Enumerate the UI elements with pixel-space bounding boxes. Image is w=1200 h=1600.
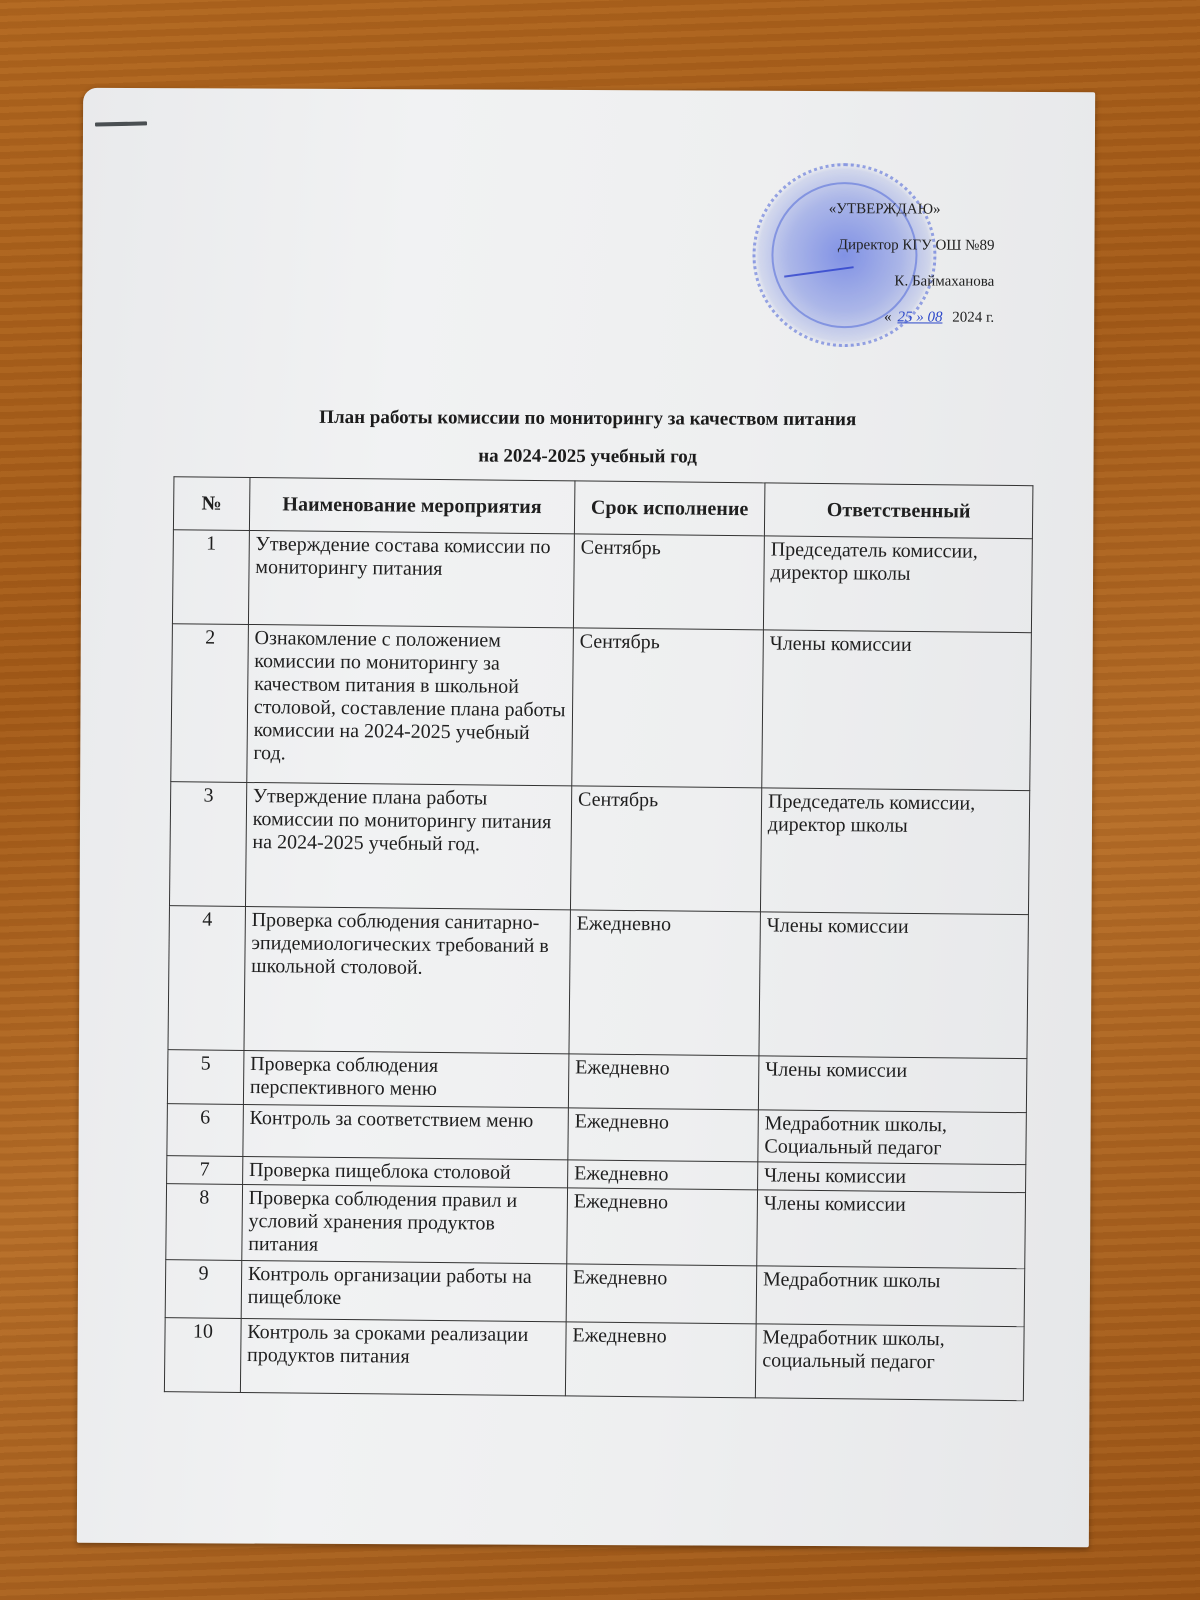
table-row: 8Проверка соблюдения правил и условий хр… bbox=[166, 1184, 1026, 1269]
table-row: 6Контроль за соответствием менюЕжедневно… bbox=[167, 1104, 1026, 1165]
row-activity: Контроль за соответствием меню bbox=[243, 1104, 569, 1159]
row-deadline: Ежедневно bbox=[565, 1322, 756, 1398]
row-number: 2 bbox=[171, 624, 248, 783]
approval-date-handwritten: 25 » 08 bbox=[891, 309, 948, 325]
row-activity: Проверка соблюдения санитарно-эпидемиоло… bbox=[244, 906, 571, 1053]
row-number: 1 bbox=[172, 530, 249, 625]
approval-date-suffix: 2024 г. bbox=[952, 310, 994, 326]
row-deadline: Сентябрь bbox=[570, 786, 761, 912]
approval-date: «25 » 08 2024 г. bbox=[734, 299, 994, 336]
row-deadline: Ежедневно bbox=[569, 910, 761, 1056]
row-number: 6 bbox=[167, 1104, 243, 1157]
row-activity: Утверждение плана работы комиссии по мон… bbox=[245, 782, 571, 909]
row-responsible: Председатель комиссии, директор школы bbox=[760, 788, 1029, 915]
table-row: 9Контроль организации работы на пищеблок… bbox=[165, 1260, 1025, 1327]
row-number: 9 bbox=[165, 1260, 241, 1319]
row-number: 10 bbox=[164, 1318, 241, 1393]
row-responsible: Члены комиссии bbox=[762, 630, 1032, 791]
row-deadline: Сентябрь bbox=[572, 628, 764, 788]
table-row: 4Проверка соблюдения санитарно-эпидемиол… bbox=[168, 906, 1028, 1059]
document-subtitle: на 2024-2025 учебный год bbox=[82, 444, 1094, 470]
table-row: 3Утверждение плана работы комиссии по мо… bbox=[169, 782, 1029, 915]
row-number: 8 bbox=[166, 1184, 243, 1261]
header-responsible: Ответственный bbox=[764, 483, 1033, 539]
row-number: 3 bbox=[169, 782, 246, 907]
row-responsible: Члены комиссии bbox=[757, 1190, 1026, 1269]
table-row: 10Контроль за сроками реализации продукт… bbox=[164, 1318, 1024, 1401]
header-number: № bbox=[173, 477, 249, 531]
row-responsible: Члены комиссии bbox=[758, 1056, 1027, 1113]
row-deadline: Ежедневно bbox=[566, 1264, 757, 1324]
row-responsible: Члены комиссии bbox=[758, 1162, 1026, 1193]
document-title: План работы комиссии по мониторингу за к… bbox=[82, 406, 1094, 432]
document-page: «УТВЕРЖДАЮ» Директор КГУ ОШ №89 К. Байма… bbox=[77, 88, 1095, 1547]
staple bbox=[95, 121, 147, 126]
header-deadline: Срок исполнение bbox=[574, 481, 765, 536]
approval-position: Директор КГУ ОШ №89 bbox=[734, 227, 994, 264]
row-responsible: Медработник школы bbox=[756, 1266, 1025, 1327]
row-activity: Проверка соблюдения перспективного меню bbox=[243, 1050, 569, 1107]
approval-block: «УТВЕРЖДАЮ» Директор КГУ ОШ №89 К. Байма… bbox=[734, 191, 995, 336]
row-deadline: Ежедневно bbox=[568, 1108, 759, 1162]
table-row: 2Ознакомление с положением комиссии по м… bbox=[171, 624, 1032, 791]
row-responsible: Члены комиссии bbox=[759, 912, 1028, 1059]
row-number: 4 bbox=[168, 906, 245, 1051]
row-responsible: Медработник школы, социальный педагог bbox=[755, 1324, 1024, 1401]
row-deadline: Ежедневно bbox=[567, 1188, 758, 1266]
table-header-row: № Наименование мероприятия Срок исполнен… bbox=[173, 477, 1033, 539]
row-responsible: Медработник школы, Социальный педагог bbox=[758, 1110, 1027, 1165]
table-row: 5Проверка соблюдения перспективного меню… bbox=[167, 1050, 1027, 1113]
row-activity: Ознакомление с положением комиссии по мо… bbox=[247, 624, 574, 785]
row-activity: Утверждение состава комиссии по монитори… bbox=[248, 530, 574, 627]
row-activity: Контроль организации работы на пищеблоке bbox=[241, 1260, 567, 1321]
row-deadline: Ежедневно bbox=[568, 1054, 759, 1110]
row-activity: Проверка соблюдения правил и условий хра… bbox=[242, 1184, 568, 1263]
row-deadline: Ежедневно bbox=[567, 1160, 757, 1190]
row-activity: Контроль за сроками реализации продуктов… bbox=[240, 1318, 566, 1395]
header-activity: Наименование мероприятия bbox=[249, 477, 575, 533]
approval-heading: «УТВЕРЖДАЮ» bbox=[735, 191, 995, 228]
table-row: 1Утверждение состава комиссии по монитор… bbox=[172, 530, 1032, 633]
row-responsible: Председатель комиссии, директор школы bbox=[763, 536, 1032, 633]
row-deadline: Сентябрь bbox=[573, 534, 764, 630]
plan-table: № Наименование мероприятия Срок исполнен… bbox=[164, 476, 1034, 1401]
approval-name: К. Баймаханова bbox=[734, 263, 994, 300]
row-number: 7 bbox=[167, 1156, 243, 1185]
row-activity: Проверка пищеблока столовой bbox=[242, 1156, 567, 1187]
row-number: 5 bbox=[167, 1050, 243, 1105]
